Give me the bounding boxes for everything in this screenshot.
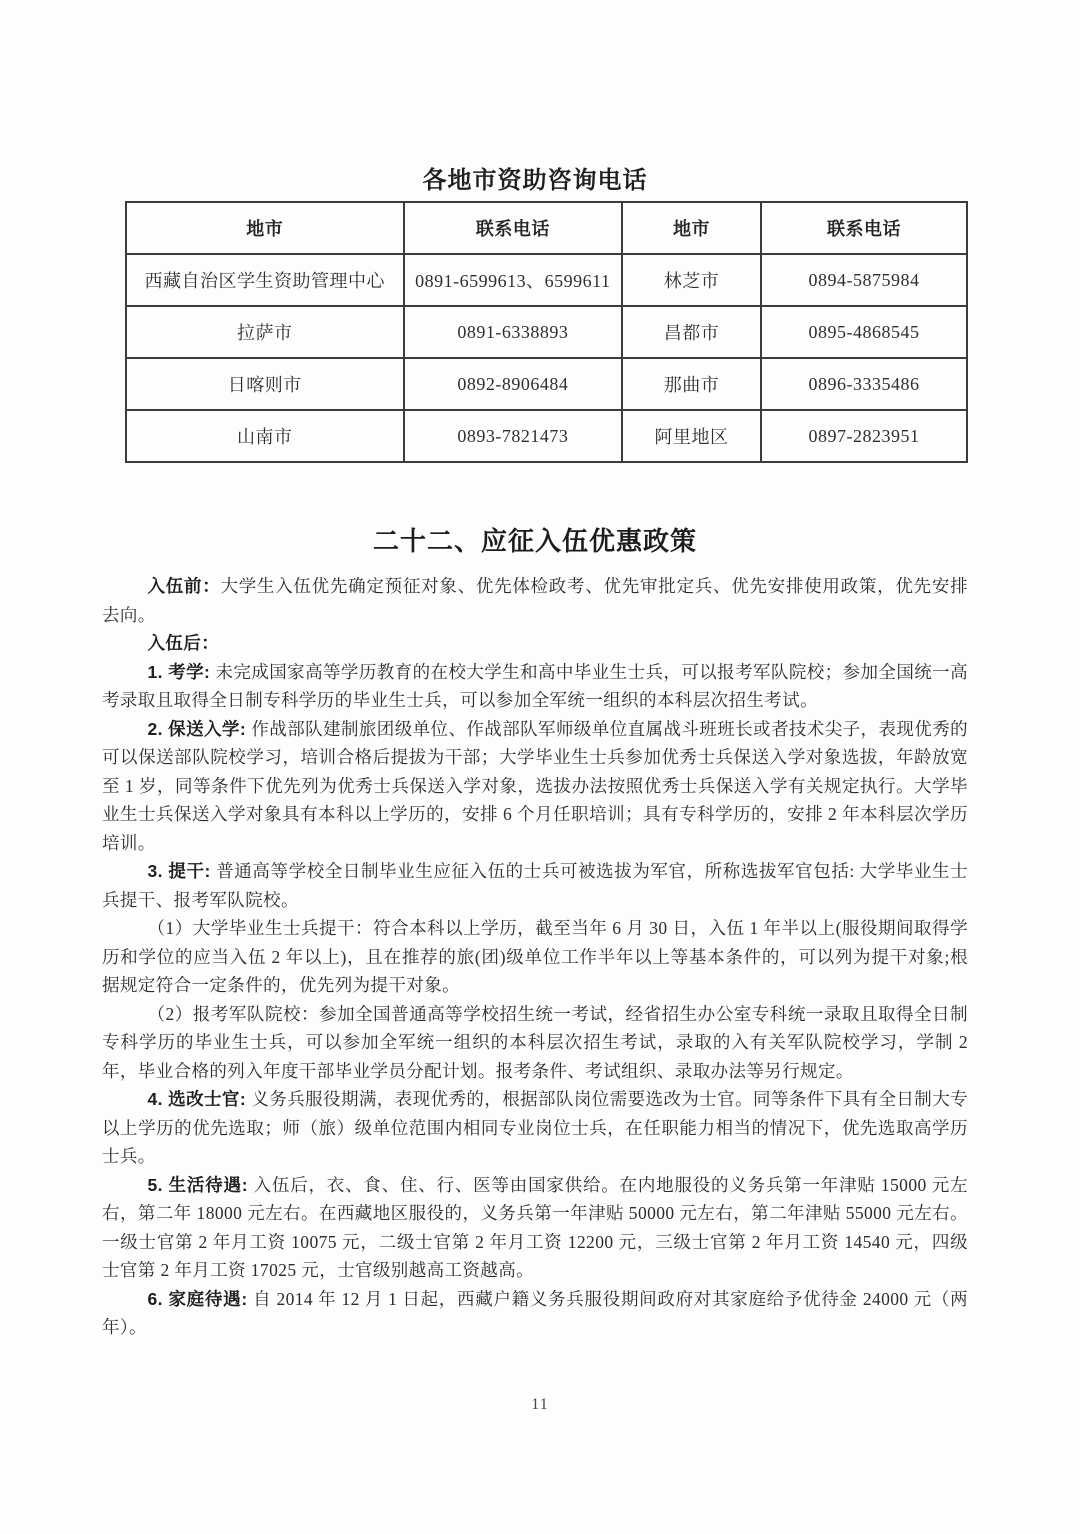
table-row: 西藏自治区学生资助管理中心 0891-6599613、6599611 林芝市 0… [126,254,967,306]
table-row: 山南市 0893-7821473 阿里地区 0897-2823951 [126,410,967,462]
paragraph-text: 大学生入伍优先确定预征对象、优先体检政考、优先审批定兵、优先安排使用政策，优先安… [102,576,968,625]
phone-table-cell: 林芝市 [622,254,761,306]
phone-table-header-cell: 地市 [622,202,761,254]
policy-paragraph: （2）报考军队院校：参加全国普通高等学校招生统一考试，经省招生办公室专科统一录取… [102,1000,968,1086]
policy-paragraph: 入伍后： [102,629,968,658]
phone-table-cell: 0893-7821473 [404,410,623,462]
phone-table-cell: 那曲市 [622,358,761,410]
phone-table-header-cell: 联系电话 [404,202,623,254]
phone-table-cell: 日喀则市 [126,358,404,410]
document-page: 各地市资助咨询电话 地市 联系电话 地市 联系电话 西藏自治区学生资助管理中心 … [0,0,1080,1534]
section-title: 二十二、应征入伍优惠政策 [102,521,968,558]
phone-table-cell: 拉萨市 [126,306,404,358]
phone-table-cell: 阿里地区 [622,410,761,462]
paragraph-text: （2）报考军队院校：参加全国普通高等学校招生统一考试，经省招生办公室专科统一录取… [102,1004,968,1081]
paragraph-lead: 5. 生活待遇: [148,1175,254,1195]
policy-paragraph: 2. 保送入学: 作战部队建制旅团级单位、作战部队军师级单位直属战斗班班长或者技… [102,715,968,858]
paragraph-lead: 6. 家庭待遇: [148,1289,254,1309]
phone-table: 地市 联系电话 地市 联系电话 西藏自治区学生资助管理中心 0891-65996… [125,201,968,463]
phone-table-cell: 0897-2823951 [761,410,967,462]
table-row: 日喀则市 0892-8906484 那曲市 0896-3335486 [126,358,967,410]
policy-paragraph: 1. 考学: 未完成国家高等学历教育的在校大学生和高中毕业生士兵，可以报考军队院… [102,658,968,715]
policy-paragraph: 6. 家庭待遇: 自 2014 年 12 月 1 日起，西藏户籍义务兵服役期间政… [102,1285,968,1342]
table-row: 拉萨市 0891-6338893 昌都市 0895-4868545 [126,306,967,358]
policy-paragraph: （1）大学毕业生士兵提干：符合本科以上学历，截至当年 6 月 30 日，入伍 1… [102,914,968,1000]
paragraph-lead: 4. 选改士官: [148,1089,252,1109]
phone-table-cell: 0892-8906484 [404,358,623,410]
phone-table-title: 各地市资助咨询电话 [102,160,968,195]
policy-body: 入伍前：大学生入伍优先确定预征对象、优先体检政考、优先审批定兵、优先安排使用政策… [102,572,968,1342]
paragraph-lead: 1. 考学: [148,662,216,682]
policy-paragraph: 3. 提干: 普通高等学校全日制毕业生应征入伍的士兵可被选拔为军官，所称选拔军官… [102,857,968,914]
policy-paragraph: 入伍前：大学生入伍优先确定预征对象、优先体检政考、优先审批定兵、优先安排使用政策… [102,572,968,629]
phone-table-header-cell: 地市 [126,202,404,254]
phone-table-cell: 0891-6599613、6599611 [404,254,623,306]
paragraph-text: 普通高等学校全日制毕业生应征入伍的士兵可被选拔为军官，所称选拔军官包括: 大学毕… [102,861,968,910]
paragraph-lead: 入伍后： [148,633,220,653]
phone-table-cell: 0895-4868545 [761,306,967,358]
paragraph-text: （1）大学毕业生士兵提干：符合本科以上学历，截至当年 6 月 30 日，入伍 1… [102,918,968,995]
phone-table-cell: 0891-6338893 [404,306,623,358]
paragraph-text: 未完成国家高等学历教育的在校大学生和高中毕业生士兵，可以报考军队院校；参加全国统… [102,662,968,711]
page-content: 各地市资助咨询电话 地市 联系电话 地市 联系电话 西藏自治区学生资助管理中心 … [102,0,968,1342]
paragraph-lead: 2. 保送入学: [148,719,252,739]
paragraph-lead: 入伍前： [148,576,221,596]
phone-table-header-row: 地市 联系电话 地市 联系电话 [126,202,967,254]
policy-paragraph: 5. 生活待遇: 入伍后，衣、食、住、行、医等由国家供给。在内地服役的义务兵第一… [102,1171,968,1285]
phone-table-cell: 西藏自治区学生资助管理中心 [126,254,404,306]
policy-paragraph: 4. 选改士官: 义务兵服役期满，表现优秀的，根据部队岗位需要选改为士官。同等条… [102,1085,968,1171]
phone-table-cell: 0896-3335486 [761,358,967,410]
page-number: 11 [0,1396,1080,1414]
phone-table-cell: 0894-5875984 [761,254,967,306]
phone-table-cell: 昌都市 [622,306,761,358]
paragraph-lead: 3. 提干: [148,861,217,881]
phone-table-cell: 山南市 [126,410,404,462]
phone-table-header-cell: 联系电话 [761,202,967,254]
